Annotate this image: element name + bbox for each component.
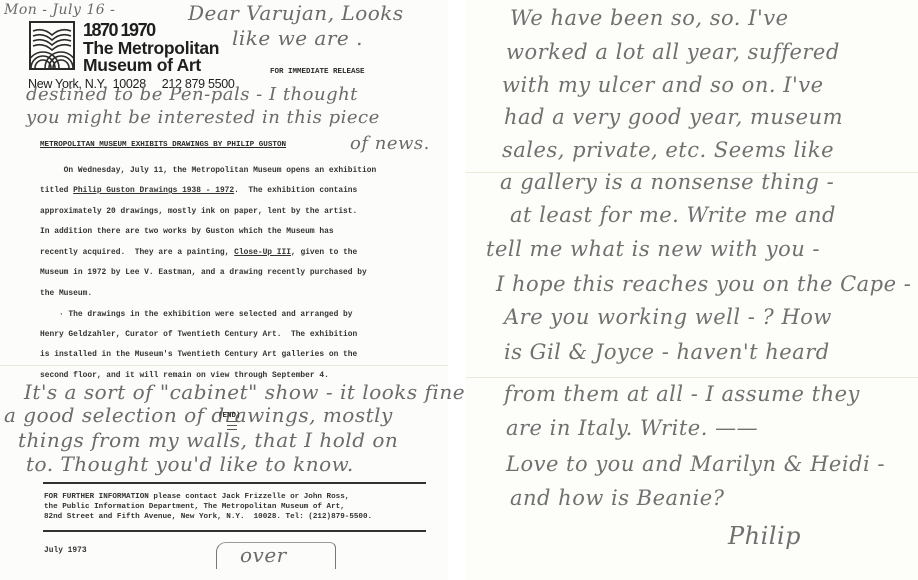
letter-line: sales, private, etc. Seems like xyxy=(502,138,834,162)
met-museum-logo-icon xyxy=(29,21,75,70)
handwritten-line: a good selection of drawings, mostly xyxy=(4,403,393,427)
letter-line: Love to you and Marilyn & Heidi - xyxy=(506,452,885,476)
arches-logo-icon xyxy=(31,23,73,68)
signature: Philip xyxy=(728,522,801,550)
paragraph-line: In addition there are two works by Gusto… xyxy=(40,227,334,237)
handwritten-salutation: Dear Varujan, Looks xyxy=(188,1,404,25)
letter-line: had a very good year, museum xyxy=(504,105,843,129)
handwritten-date: Mon - July 16 - xyxy=(4,2,115,18)
paragraph-line: is installed in the Museum's Twentieth C… xyxy=(40,350,357,360)
handwritten-line: It's a sort of "cabinet" show - it looks… xyxy=(24,380,465,404)
paragraph-line: titled Philip Guston Drawings 1938 - 197… xyxy=(40,186,357,196)
handwritten-line: destined to be Pen-pals - I thought xyxy=(26,84,358,105)
divider-rule xyxy=(43,482,426,484)
contact-line: 82nd Street and Fifth Avenue, New York, … xyxy=(44,513,372,523)
handwritten-letter-page: We have been so, so. I've worked a lot a… xyxy=(466,0,918,580)
letter-line: a gallery is a nonsense thing - xyxy=(500,170,834,194)
press-release-page: Mon - July 16 - 1870 1970 The Metropolit… xyxy=(0,0,448,580)
paragraph-line: Museum in 1972 by Lee V. Eastman, and a … xyxy=(40,268,367,278)
letter-line: are in Italy. Write. —— xyxy=(506,416,758,440)
letter-line: is Gil & Joyce - haven't heard xyxy=(504,340,830,364)
letter-line: worked a lot all year, suffered xyxy=(506,40,840,64)
letter-line: with my ulcer and so on. I've xyxy=(502,73,824,97)
letter-line: and how is Beanie? xyxy=(510,486,724,510)
release-label: FOR IMMEDIATE RELEASE xyxy=(270,68,365,76)
letterhead-name-line2: Museum of Art xyxy=(83,55,201,76)
contact-line: the Public Information Department, The M… xyxy=(44,503,345,513)
letter-line: tell me what is new with you - xyxy=(486,237,820,261)
letter-line: from them at all - I assume they xyxy=(504,382,860,406)
letter-line: We have been so, so. I've xyxy=(510,6,789,30)
handwritten-line: you might be interested in this piece xyxy=(26,107,380,128)
painting-title: Close-Up III xyxy=(234,248,291,257)
handwritten-line: things from my walls, that I hold on xyxy=(18,428,398,452)
handwritten-line: to. Thought you'd like to know. xyxy=(26,452,354,476)
contact-line: FOR FURTHER INFORMATION please contact J… xyxy=(44,493,349,503)
paragraph-line: On Wednesday, July 11, the Metropolitan … xyxy=(40,166,376,176)
paper-fold xyxy=(466,377,918,378)
divider-rule xyxy=(43,530,426,532)
handwritten-line: of news. xyxy=(350,133,430,154)
press-headline: METROPOLITAN MUSEUM EXHIBITS DRAWINGS BY… xyxy=(40,141,286,149)
end-mark: (END) xyxy=(218,412,241,420)
paragraph-line: the Museum. xyxy=(40,289,92,299)
handwritten-line: like we are . xyxy=(232,26,363,50)
over-note: over xyxy=(240,543,287,567)
exhibition-title: Philip Guston Drawings 1938 - 1972 xyxy=(73,186,234,195)
paragraph-line: Henry Geldzahler, Curator of Twentieth C… xyxy=(40,330,357,340)
paragraph-line: · The drawings in the exhibition were se… xyxy=(40,310,353,320)
paper-fold xyxy=(0,365,448,366)
paragraph-line: recently acquired. They are a painting, … xyxy=(40,248,357,258)
letter-line: I hope this reaches you on the Cape - xyxy=(496,272,911,296)
release-date: July 1973 xyxy=(44,546,87,556)
paragraph-line: approximately 20 drawings, mostly ink on… xyxy=(40,207,357,217)
letter-line: Are you working well - ? How xyxy=(504,305,832,329)
letter-line: at least for me. Write me and xyxy=(510,203,836,227)
